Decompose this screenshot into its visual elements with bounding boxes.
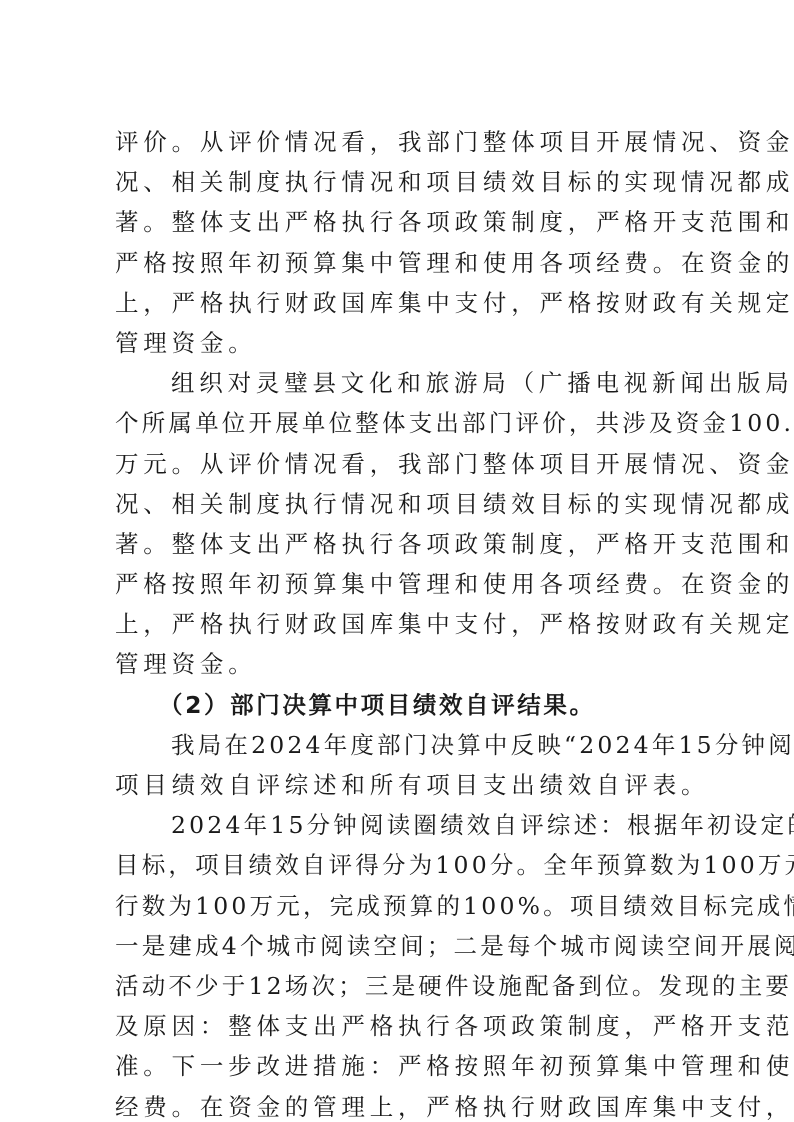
text-line: 况、相关制度执行情况和项目绩效目标的实现情况都成效显 (115, 162, 683, 202)
paragraph-overall-evaluation: 评价。从评价情况看，我部门整体项目开展情况、资金使用情 况、相关制度执行情况和项… (115, 122, 683, 363)
text-line: 个所属单位开展单位整体支出部门评价，共涉及资金100.00 (115, 403, 683, 443)
text-line: 况、相关制度执行情况和项目绩效目标的实现情况都成效显 (115, 484, 683, 524)
text-line: 万元。从评价情况看，我部门整体项目开展情况、资金使用情 (115, 444, 683, 484)
section-heading: （2）部门决算中项目绩效自评结果。 (115, 685, 683, 725)
text-line: 准。下一步改进措施：严格按照年初预算集中管理和使用各项 (115, 1046, 683, 1086)
text-line: 组织对灵璧县文化和旅游局（广播电视新闻出版局）等1 (115, 363, 683, 403)
text-line: 著。整体支出严格执行各项政策制度，严格开支范围和标准， (115, 202, 683, 242)
document-page: 评价。从评价情况看，我部门整体项目开展情况、资金使用情 况、相关制度执行情况和项… (115, 122, 683, 1122)
text-line: 我局在2024年度部门决算中反映“2024年15分钟阅读圈” (115, 725, 683, 765)
paragraph-reading-circle-summary: 2024年15分钟阅读圈绩效自评综述：根据年初设定的绩效 目标，项目绩效自评得分… (115, 805, 683, 1122)
text-line: 管理资金。 (115, 323, 683, 363)
text-line: 一是建成4个城市阅读空间；二是每个城市阅读空间开展阅读 (115, 926, 683, 966)
text-line: 严格按照年初预算集中管理和使用各项经费。在资金的管理 (115, 564, 683, 604)
text-line: 及原因：整体支出严格执行各项政策制度，严格开支范围和标 (115, 1006, 683, 1046)
text-line: 行数为100万元，完成预算的100%。项目绩效目标完成情况： (115, 886, 683, 926)
text-line: 2024年15分钟阅读圈绩效自评综述：根据年初设定的绩效 (115, 805, 683, 845)
text-line: 项目绩效自评综述和所有项目支出绩效自评表。 (115, 765, 683, 805)
text-line: 目标，项目绩效自评得分为100分。全年预算数为100万元，执 (115, 845, 683, 885)
text-line: 经费。在资金的管理上，严格执行财政国库集中支付，严格按 (115, 1087, 683, 1122)
text-line: 活动不少于12场次；三是硬件设施配备到位。发现的主要问题 (115, 966, 683, 1006)
text-line: 评价。从评价情况看，我部门整体项目开展情况、资金使用情 (115, 122, 683, 162)
text-line: 上，严格执行财政国库集中支付，严格按财政有关规定使用和 (115, 604, 683, 644)
text-line: 著。整体支出严格执行各项政策制度，严格开支范围和标准， (115, 524, 683, 564)
text-line: 上，严格执行财政国库集中支付，严格按财政有关规定使用和 (115, 283, 683, 323)
text-line: 管理资金。 (115, 644, 683, 684)
paragraph-final-accounts: 我局在2024年度部门决算中反映“2024年15分钟阅读圈” 项目绩效自评综述和… (115, 725, 683, 805)
paragraph-affiliated-unit-evaluation: 组织对灵璧县文化和旅游局（广播电视新闻出版局）等1 个所属单位开展单位整体支出部… (115, 363, 683, 685)
heading-text: （2）部门决算中项目绩效自评结果。 (115, 685, 683, 725)
text-line: 严格按照年初预算集中管理和使用各项经费。在资金的管理 (115, 243, 683, 283)
